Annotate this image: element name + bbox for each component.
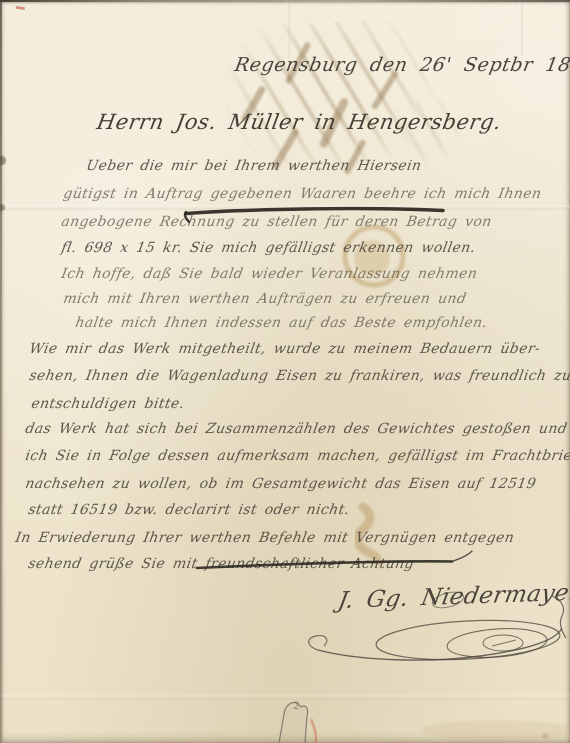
red-mark <box>311 719 316 743</box>
signature-flourish <box>318 628 562 660</box>
letter-scan-page: Regensburg den 26' Septbr 1864. Herrn Jo… <box>0 0 570 743</box>
body-line: fl. 698 x 15 kr. Sie mich gefälligst erk… <box>60 240 477 256</box>
signature: J. Gg. Niedermayer <box>336 580 570 614</box>
body-line: Ich hoffe, daß Sie bald wieder Veranlass… <box>60 266 479 282</box>
paper-left-edge <box>0 0 2 743</box>
fold-crease <box>0 205 570 210</box>
body-line: angebogene Rechnung zu stellen für deren… <box>60 214 493 230</box>
signature-flourish <box>375 616 561 664</box>
bottom-smudge <box>422 720 570 740</box>
body-line: sehen, Ihnen die Wagenladung Eisen zu fr… <box>28 368 570 384</box>
body-line: entschuldigen bitte. <box>30 396 186 412</box>
body-line: Ueber die mir bei Ihrem werthen Hiersein <box>85 158 423 174</box>
signature-flourish <box>483 635 523 651</box>
signature-flourish <box>446 626 548 661</box>
fold-crease <box>0 694 570 700</box>
paper-top-edge <box>0 0 570 2</box>
body-line: gütigst in Auftrag gegebenen Waaren beeh… <box>62 186 543 202</box>
salutation: Herrn Jos. Müller in Hengersberg. <box>95 110 503 134</box>
body-line: ich Sie in Folge dessen aufmerksam mache… <box>24 448 570 464</box>
pencil-note: 2 <box>292 701 300 713</box>
body-line: das Werk hat sich bei Zusammenzählen des… <box>24 421 570 437</box>
body-line: In Erwiederung Ihrer werthen Befehle mit… <box>14 530 516 546</box>
red-mark <box>16 6 25 10</box>
body-line: nachsehen zu wollen, ob im Gesamtgewicht… <box>24 476 537 492</box>
body-line: halte mich Ihnen indessen auf das Beste … <box>74 315 489 331</box>
signature-flourish <box>309 636 327 650</box>
dateline: Regensburg den 26' Septbr 1864. <box>233 54 570 76</box>
fold-crease <box>519 0 523 55</box>
body-line: sehend grüße Sie mit freundschaftlicher … <box>27 556 415 572</box>
bottom-speck <box>542 733 548 739</box>
strike-line-tail <box>450 551 472 562</box>
signature-flourish <box>492 640 516 646</box>
body-line: statt 16519 bzw. declarirt ist oder nich… <box>27 502 351 518</box>
paper-edge-nick <box>0 156 6 165</box>
body-line: mich mit Ihren werthen Aufträgen zu erfr… <box>62 291 468 307</box>
body-line: Wie mir das Werk mitgetheilt, wurde zu m… <box>28 341 542 357</box>
